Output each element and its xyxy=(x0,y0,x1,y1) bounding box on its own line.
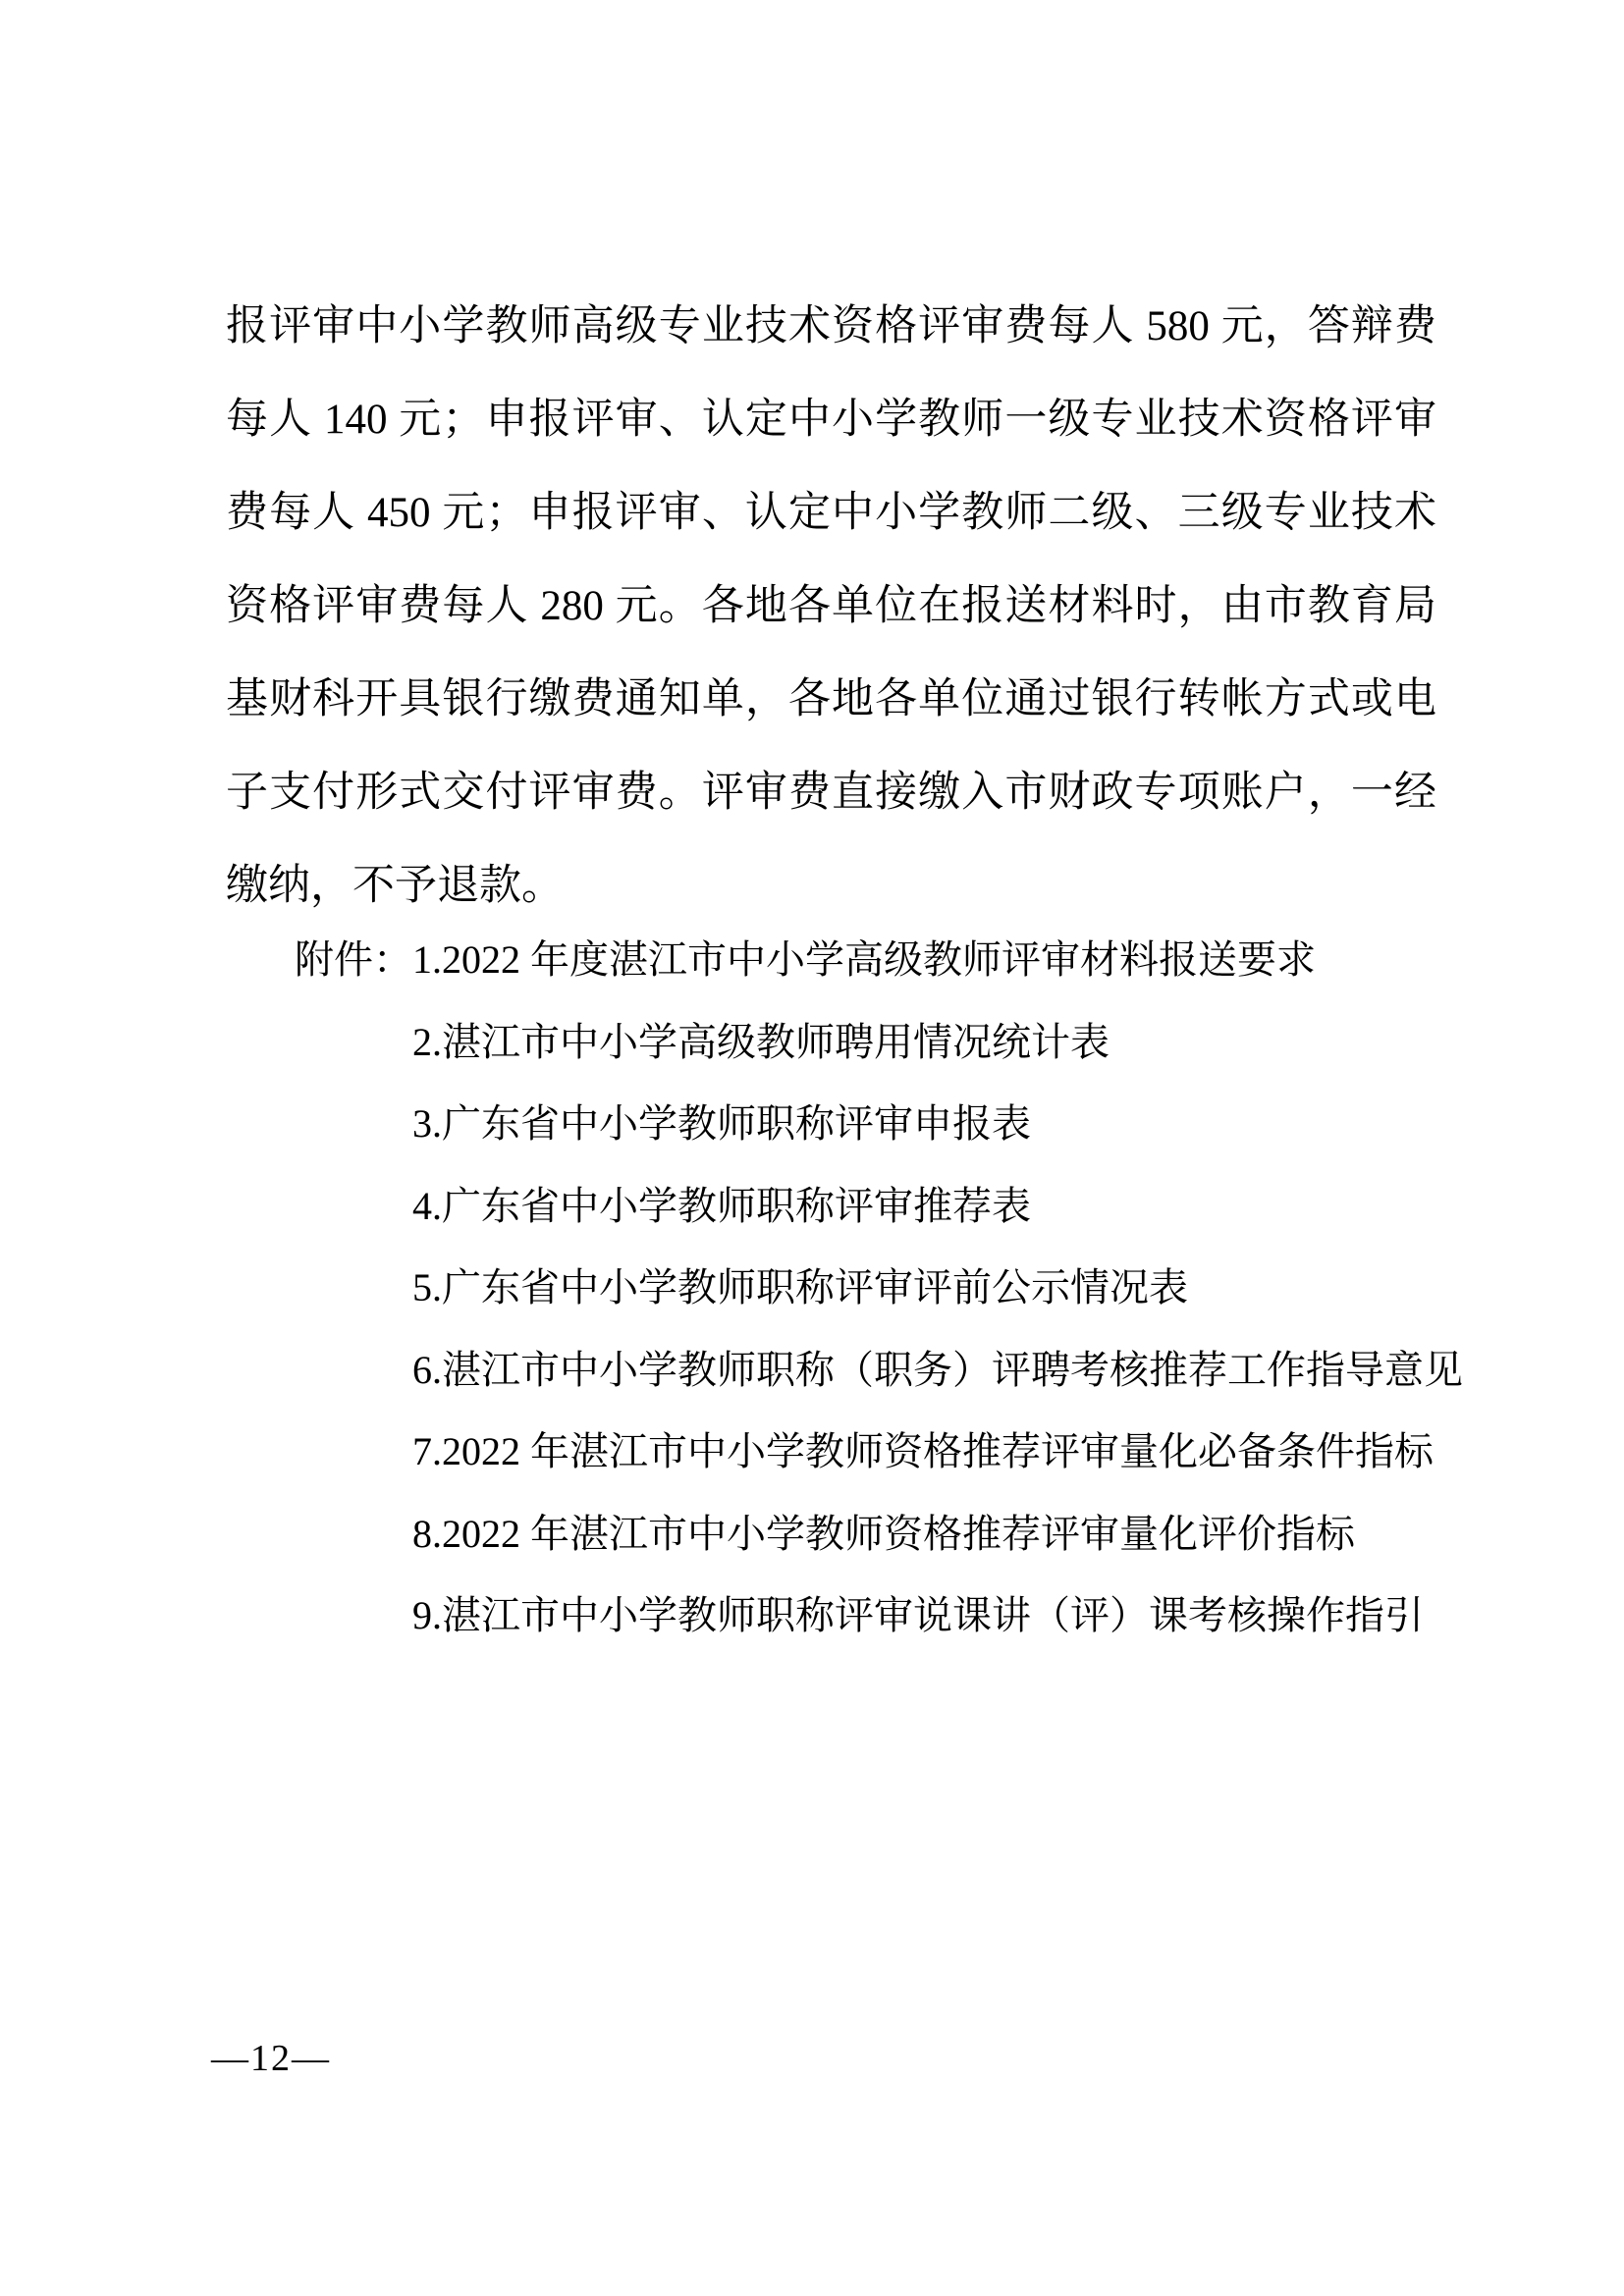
page-number: —12— xyxy=(211,2040,331,2077)
attachment-item: 5.广东省中小学教师职称评审评前公示情况表 xyxy=(295,1247,1492,1329)
document-page: 报评审中小学教师高级专业技术资格评审费每人 580 元，答辩费 每人 140 元… xyxy=(0,0,1624,2296)
paragraph-line: 基财科开具银行缴费通知单，各地各单位通过银行转帐方式或电 xyxy=(226,653,1436,746)
attachment-item: 4.广东省中小学教师职称评审推荐表 xyxy=(295,1165,1492,1248)
attachments-label: 附件： xyxy=(295,919,412,1001)
paragraph-line: 费每人 450 元；申报评审、认定中小学教师二级、三级专业技术 xyxy=(226,466,1436,560)
paragraph-line: 资格评审费每人 280 元。各地各单位在报送材料时，由市教育局 xyxy=(226,560,1436,653)
attachment-item: 9.湛江市中小学教师职称评审说课讲（评）课考核操作指引 xyxy=(295,1575,1492,1657)
attachment-row: 附件：1.2022 年度湛江市中小学高级教师评审材料报送要求 xyxy=(295,919,1492,1001)
attachment-item: 2.湛江市中小学高级教师聘用情况统计表 xyxy=(295,1001,1492,1084)
attachment-item: 3.广东省中小学教师职称评审申报表 xyxy=(295,1083,1492,1165)
attachments-section: 附件：1.2022 年度湛江市中小学高级教师评审材料报送要求 2.湛江市中小学高… xyxy=(295,919,1492,1657)
body-paragraph: 报评审中小学教师高级专业技术资格评审费每人 580 元，答辩费 每人 140 元… xyxy=(226,280,1436,933)
paragraph-line: 每人 140 元；申报评审、认定中小学教师一级专业技术资格评审 xyxy=(226,373,1436,466)
attachment-item: 7.2022 年湛江市中小学教师资格推荐评审量化必备条件指标 xyxy=(295,1411,1492,1493)
attachment-item: 8.2022 年湛江市中小学教师资格推荐评审量化评价指标 xyxy=(295,1493,1492,1575)
attachment-item: 6.湛江市中小学教师职称（职务）评聘考核推荐工作指导意见 xyxy=(295,1329,1492,1412)
paragraph-line: 报评审中小学教师高级专业技术资格评审费每人 580 元，答辩费 xyxy=(226,280,1436,373)
attachment-item: 1.2022 年度湛江市中小学高级教师评审材料报送要求 xyxy=(412,937,1316,982)
paragraph-line: 子支付形式交付评审费。评审费直接缴入市财政专项账户，一经 xyxy=(226,746,1436,839)
